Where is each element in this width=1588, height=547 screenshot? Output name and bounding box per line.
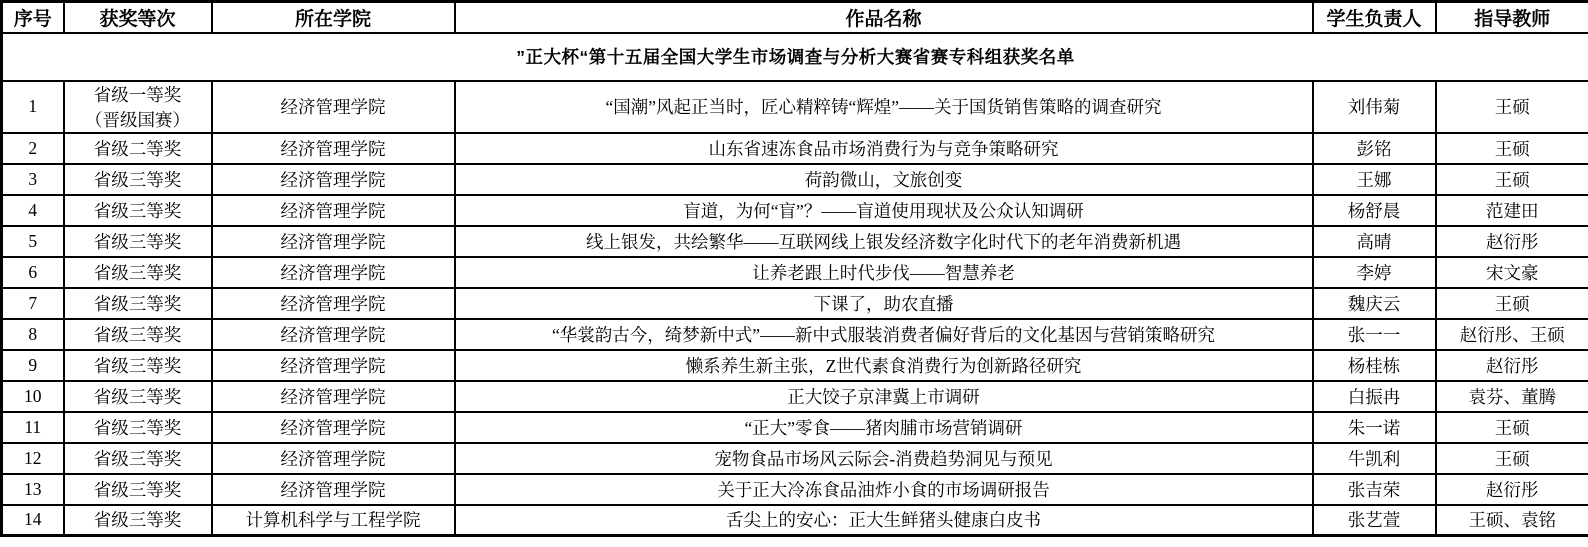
column-header-index: 序号 [2, 2, 64, 33]
cell-college: 经济管理学院 [212, 319, 455, 350]
cell-student: 朱一诺 [1313, 412, 1436, 443]
cell-teacher: 王硕 [1436, 288, 1588, 319]
cell-college: 经济管理学院 [212, 381, 455, 412]
cell-work: 让养老跟上时代步伐——智慧养老 [455, 257, 1313, 288]
cell-student: 张艺萱 [1313, 505, 1436, 536]
cell-college: 计算机科学与工程学院 [212, 505, 455, 536]
table-row: 3 省级三等奖 经济管理学院 荷韵微山，文旅创变 王娜 王硕 [2, 164, 1588, 195]
cell-index: 5 [2, 226, 64, 257]
cell-work: 盲道，为何“盲”？——盲道使用现状及公众认知调研 [455, 195, 1313, 226]
cell-teacher: 王硕、袁铭 [1436, 505, 1588, 536]
cell-college: 经济管理学院 [212, 133, 455, 164]
cell-index: 1 [2, 81, 64, 133]
page-title: ”正大杯“第十五届全国大学生市场调查与分析大赛省赛专科组获奖名单 [2, 33, 1588, 81]
cell-teacher: 王硕 [1436, 81, 1588, 133]
cell-index: 4 [2, 195, 64, 226]
table-row: 12 省级三等奖 经济管理学院 宠物食品市场风云际会-消费趋势洞见与预见 牛凯利… [2, 443, 1588, 474]
column-header-teacher: 指导教师 [1436, 2, 1588, 33]
cell-index: 7 [2, 288, 64, 319]
cell-student: 彭铭 [1313, 133, 1436, 164]
cell-college: 经济管理学院 [212, 226, 455, 257]
cell-work: 宠物食品市场风云际会-消费趋势洞见与预见 [455, 443, 1313, 474]
cell-index: 9 [2, 350, 64, 381]
cell-teacher: 宋文豪 [1436, 257, 1588, 288]
cell-teacher: 范建田 [1436, 195, 1588, 226]
cell-work: “国潮”风起正当时，匠心精粹铸“辉煌”——关于国货销售策略的调查研究 [455, 81, 1313, 133]
cell-award: 省级三等奖 [64, 412, 212, 443]
cell-college: 经济管理学院 [212, 195, 455, 226]
cell-award: 省级二等奖 [64, 133, 212, 164]
table-row: 6 省级三等奖 经济管理学院 让养老跟上时代步伐——智慧养老 李婷 宋文豪 [2, 257, 1588, 288]
cell-work: 下课了，助农直播 [455, 288, 1313, 319]
title-row: ”正大杯“第十五届全国大学生市场调查与分析大赛省赛专科组获奖名单 [2, 33, 1588, 81]
cell-index: 13 [2, 474, 64, 505]
table-row: 1 省级一等奖 （晋级国赛） 经济管理学院 “国潮”风起正当时，匠心精粹铸“辉煌… [2, 81, 1588, 133]
table-row: 5 省级三等奖 经济管理学院 线上银发，共绘繁华——互联网线上银发经济数字化时代… [2, 226, 1588, 257]
cell-college: 经济管理学院 [212, 443, 455, 474]
cell-teacher: 赵衍彤 [1436, 474, 1588, 505]
cell-award: 省级三等奖 [64, 474, 212, 505]
table-row: 11 省级三等奖 经济管理学院 “正大”零食——猪肉脯市场营销调研 朱一诺 王硕 [2, 412, 1588, 443]
cell-teacher: 赵衍彤、王硕 [1436, 319, 1588, 350]
cell-index: 14 [2, 505, 64, 536]
cell-award: 省级三等奖 [64, 350, 212, 381]
cell-teacher: 赵衍彤 [1436, 350, 1588, 381]
table-row: 2 省级二等奖 经济管理学院 山东省速冻食品市场消费行为与竞争策略研究 彭铭 王… [2, 133, 1588, 164]
cell-college: 经济管理学院 [212, 350, 455, 381]
table-header: 序号 获奖等次 所在学院 作品名称 学生负责人 指导教师 [2, 2, 1588, 33]
cell-award: 省级三等奖 [64, 195, 212, 226]
cell-college: 经济管理学院 [212, 257, 455, 288]
cell-student: 张一一 [1313, 319, 1436, 350]
cell-work: 懒系养生新主张，Z世代素食消费行为创新路径研究 [455, 350, 1313, 381]
cell-award: 省级三等奖 [64, 288, 212, 319]
cell-college: 经济管理学院 [212, 288, 455, 319]
award-list-table: ”正大杯“第十五届全国大学生市场调查与分析大赛省赛专科组获奖名单 序号 获奖等次… [0, 0, 1588, 537]
cell-award: 省级三等奖 [64, 381, 212, 412]
cell-student: 杨舒晨 [1313, 195, 1436, 226]
cell-work: 正大饺子京津冀上市调研 [455, 381, 1313, 412]
cell-student: 高晴 [1313, 226, 1436, 257]
cell-work: 荷韵微山，文旅创变 [455, 164, 1313, 195]
cell-student: 魏庆云 [1313, 288, 1436, 319]
cell-teacher: 王硕 [1436, 412, 1588, 443]
cell-award: 省级三等奖 [64, 505, 212, 536]
cell-award: 省级三等奖 [64, 257, 212, 288]
cell-college: 经济管理学院 [212, 164, 455, 195]
cell-college: 经济管理学院 [212, 412, 455, 443]
table-row: 9 省级三等奖 经济管理学院 懒系养生新主张，Z世代素食消费行为创新路径研究 杨… [2, 350, 1588, 381]
cell-work: 关于正大冷冻食品油炸小食的市场调研报告 [455, 474, 1313, 505]
cell-student: 牛凯利 [1313, 443, 1436, 474]
cell-student: 张吉荣 [1313, 474, 1436, 505]
cell-student: 白振冉 [1313, 381, 1436, 412]
cell-index: 8 [2, 319, 64, 350]
cell-work: “正大”零食——猪肉脯市场营销调研 [455, 412, 1313, 443]
cell-student: 李婷 [1313, 257, 1436, 288]
cell-award: 省级三等奖 [64, 443, 212, 474]
cell-teacher: 赵衍彤 [1436, 226, 1588, 257]
cell-index: 2 [2, 133, 64, 164]
cell-award: 省级三等奖 [64, 319, 212, 350]
cell-teacher: 王硕 [1436, 164, 1588, 195]
column-header-work: 作品名称 [455, 2, 1313, 33]
table-body: 1 省级一等奖 （晋级国赛） 经济管理学院 “国潮”风起正当时，匠心精粹铸“辉煌… [2, 81, 1588, 536]
cell-work: 线上银发，共绘繁华——互联网线上银发经济数字化时代下的老年消费新机遇 [455, 226, 1313, 257]
cell-college: 经济管理学院 [212, 81, 455, 133]
cell-student: 刘伟菊 [1313, 81, 1436, 133]
table-row: 4 省级三等奖 经济管理学院 盲道，为何“盲”？——盲道使用现状及公众认知调研 … [2, 195, 1588, 226]
cell-index: 12 [2, 443, 64, 474]
cell-index: 11 [2, 412, 64, 443]
cell-student: 杨桂栋 [1313, 350, 1436, 381]
cell-award: 省级三等奖 [64, 226, 212, 257]
cell-award: 省级一等奖 （晋级国赛） [64, 81, 212, 133]
cell-index: 3 [2, 164, 64, 195]
cell-award: 省级三等奖 [64, 164, 212, 195]
cell-student: 王娜 [1313, 164, 1436, 195]
table-row: 13 省级三等奖 经济管理学院 关于正大冷冻食品油炸小食的市场调研报告 张吉荣 … [2, 474, 1588, 505]
column-header-student: 学生负责人 [1313, 2, 1436, 33]
cell-index: 6 [2, 257, 64, 288]
table-row: 7 省级三等奖 经济管理学院 下课了，助农直播 魏庆云 王硕 [2, 288, 1588, 319]
cell-work: “华裳韵古今，绮梦新中式”——新中式服装消费者偏好背后的文化基因与营销策略研究 [455, 319, 1313, 350]
table-row: 14 省级三等奖 计算机科学与工程学院 舌尖上的安心：正大生鲜猪头健康白皮书 张… [2, 505, 1588, 536]
column-header-award: 获奖等次 [64, 2, 212, 33]
cell-index: 10 [2, 381, 64, 412]
cell-teacher: 王硕 [1436, 133, 1588, 164]
table-row: 10 省级三等奖 经济管理学院 正大饺子京津冀上市调研 白振冉 袁芬、董腾 [2, 381, 1588, 412]
header-row: 序号 获奖等次 所在学院 作品名称 学生负责人 指导教师 [2, 2, 1588, 33]
cell-work: 舌尖上的安心：正大生鲜猪头健康白皮书 [455, 505, 1313, 536]
cell-college: 经济管理学院 [212, 474, 455, 505]
column-header-college: 所在学院 [212, 2, 455, 33]
cell-teacher: 王硕 [1436, 443, 1588, 474]
table-row: 8 省级三等奖 经济管理学院 “华裳韵古今，绮梦新中式”——新中式服装消费者偏好… [2, 319, 1588, 350]
cell-work: 山东省速冻食品市场消费行为与竞争策略研究 [455, 133, 1313, 164]
cell-teacher: 袁芬、董腾 [1436, 381, 1588, 412]
